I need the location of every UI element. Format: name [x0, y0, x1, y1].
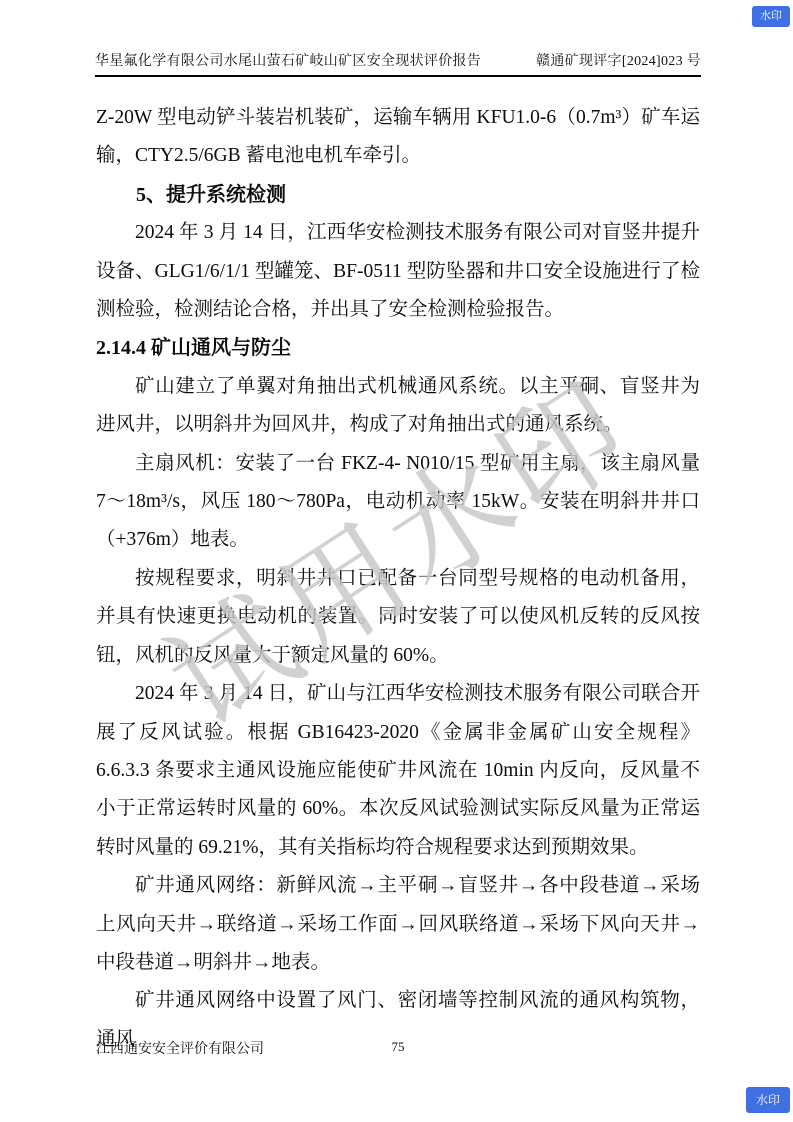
footer-company-name: 江西通安安全评价有限公司	[96, 1038, 264, 1058]
page-header: 华星氟化学有限公司水尾山萤石矿岐山矿区安全现状评价报告 赣通矿现评字[2024]…	[95, 50, 701, 77]
paragraph: 2024 年 3 月 14 日，江西华安检测技术服务有限公司对盲竖井提升设备、G…	[96, 214, 700, 329]
watermark-badge-bottom-right[interactable]: 水印	[746, 1087, 790, 1113]
paragraph: 2024 年 3 月 14 日，矿山与江西华安检测技术服务有限公司联合开展了反风…	[96, 675, 700, 867]
paragraph: Z-20W 型电动铲斗装岩机装矿，运输车辆用 KFU1.0-6（0.7m³）矿车…	[96, 99, 700, 176]
paragraph: 按规程要求，明斜井井口已配备一台同型号规格的电动机备用，并具有快速更换电动机的装…	[96, 560, 700, 675]
header-report-title: 华星氟化学有限公司水尾山萤石矿岐山矿区安全现状评价报告	[95, 50, 481, 70]
document-body: Z-20W 型电动铲斗装岩机装矿，运输车辆用 KFU1.0-6（0.7m³）矿车…	[96, 99, 700, 1059]
section-heading: 2.14.4 矿山通风与防尘	[96, 329, 700, 367]
paragraph: 主扇风机：安装了一台 FKZ-4- N010/15 型矿用主扇，该主扇风量 7～…	[96, 445, 700, 560]
paragraph: 矿山建立了单翼对角抽出式机械通风系统。以主平硐、盲竖井为进风井，以明斜井为回风井…	[96, 368, 700, 445]
watermark-badge-top-right[interactable]: 水印	[752, 6, 790, 27]
header-document-number: 赣通矿现评字[2024]023 号	[536, 50, 701, 70]
footer-page-number: 75	[383, 1039, 413, 1055]
section-heading: 5、提升系统检测	[96, 176, 700, 214]
paragraph: 矿井通风网络：新鲜风流→主平硐→盲竖井→各中段巷道→采场上风向天井→联络道→采场…	[96, 867, 700, 982]
